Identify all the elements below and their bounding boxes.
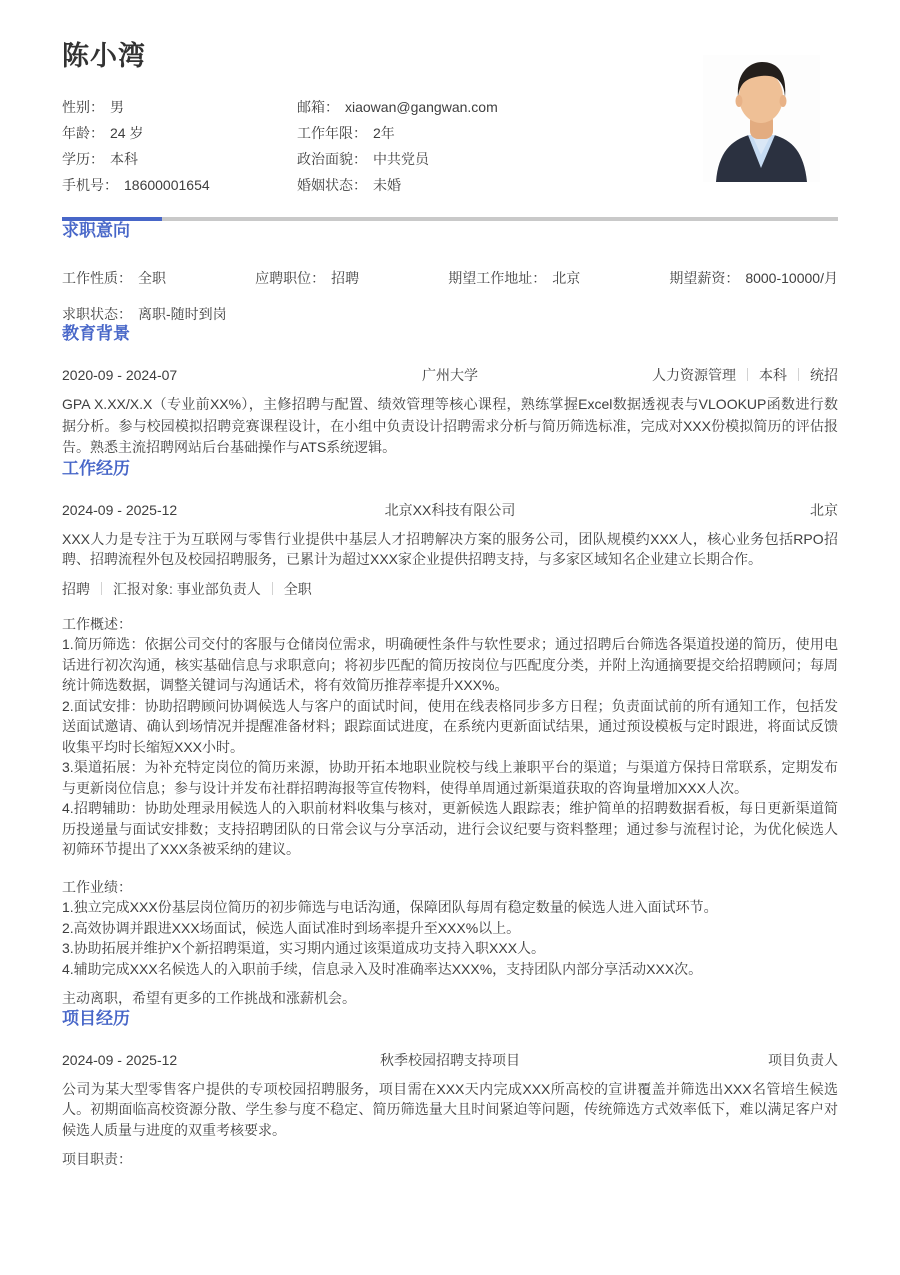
work-achievement-item: 4.辅助完成XXX名候选人的入职前手续，信息录入及时准确率达XXX%，支持团队内… xyxy=(62,959,838,980)
section-job-intent: 求职意向 工作性质：全职 应聘职位：招聘 期望工作地址：北京 期望薪资：8000… xyxy=(62,221,838,324)
intent-work-type: 工作性质：全职 xyxy=(62,268,166,288)
field-label: 婚姻状态： xyxy=(297,177,367,193)
resume-page: 陈小湾 性别：男 邮箱：xiaowan@gangwan.com 年龄：24 岁 … xyxy=(0,0,900,1275)
field-label: 邮箱： xyxy=(297,99,339,115)
info-field-degree: 学历：本科 xyxy=(62,146,297,172)
field-value: 未婚 xyxy=(373,177,401,193)
section-title-job-intent: 求职意向 xyxy=(62,221,838,241)
vertical-separator xyxy=(798,368,799,381)
field-label: 手机号： xyxy=(62,177,118,193)
resume-header: 陈小湾 性别：男 邮箱：xiaowan@gangwan.com 年龄：24 岁 … xyxy=(62,40,838,198)
education-degree: 本科 xyxy=(759,367,787,383)
work-report-to: 汇报对象: 事业部负责人 xyxy=(113,579,261,599)
field-label: 工作年限： xyxy=(297,125,367,141)
info-field-email: 邮箱：xiaowan@gangwan.com xyxy=(297,94,622,120)
basic-info-grid: 性别：男 邮箱：xiaowan@gangwan.com 年龄：24 岁 工作年限… xyxy=(62,94,622,198)
education-major: 人力资源管理 xyxy=(652,367,736,383)
project-period: 2024-09 - 2025-12 xyxy=(62,1050,380,1070)
education-enroll-type: 统招 xyxy=(810,367,838,383)
intent-target-location: 期望工作地址：北京 xyxy=(448,268,580,288)
intent-expected-salary: 期望薪资：8000-10000/月 xyxy=(669,268,838,288)
field-value: 18600001654 xyxy=(124,177,210,193)
info-field-phone: 手机号：18600001654 xyxy=(62,172,297,198)
field-label: 性别： xyxy=(62,99,104,115)
section-project-experience: 项目经历 2024-09 - 2025-12 秋季校园招聘支持项目 项目负责人 … xyxy=(62,1009,838,1170)
field-label: 应聘职位： xyxy=(255,270,325,286)
field-label: 工作性质： xyxy=(62,270,132,286)
project-responsibilities-title: 项目职责： xyxy=(62,1149,838,1170)
field-value: 中共党员 xyxy=(373,151,429,167)
education-description: GPA X.XX/X.X（专业前XX%），主修招聘与配置、绩效管理等核心课程，熟… xyxy=(62,394,838,459)
divider-accent-bar xyxy=(62,217,162,221)
info-field-experience-years: 工作年限：2年 xyxy=(297,120,622,146)
work-overview-item: 1.简历筛选：依据公司交付的客服与仓储岗位需求，明确硬性条件与软性要求；通过招聘… xyxy=(62,634,838,696)
work-position: 招聘 xyxy=(62,579,90,599)
job-intent-row: 工作性质：全职 应聘职位：招聘 期望工作地址：北京 期望薪资：8000-1000… xyxy=(62,268,838,288)
field-label: 年龄： xyxy=(62,125,104,141)
project-name: 秋季校园招聘支持项目 xyxy=(380,1050,520,1070)
education-school: 广州大学 xyxy=(422,365,478,385)
work-overview-item: 4.招聘辅助：协助处理录用候选人的入职前材料收集与核对，更新候选人跟踪表；维护简… xyxy=(62,798,838,860)
field-label: 期望工作地址： xyxy=(448,270,546,286)
section-title-education: 教育背景 xyxy=(62,324,838,344)
work-achievement-item: 1.独立完成XXX份基层岗位简历的初步筛选与电话沟通，保障团队每周有稳定数量的候… xyxy=(62,897,838,918)
work-overview-title: 工作概述： xyxy=(62,614,838,635)
field-label: 学历： xyxy=(62,151,104,167)
work-job-type: 全职 xyxy=(284,579,312,599)
leave-reason: 主动离职，希望有更多的工作挑战和涨薪机会。 xyxy=(62,988,838,1009)
info-field-age: 年龄：24 岁 xyxy=(62,120,297,146)
field-value: 全职 xyxy=(138,270,166,286)
education-summary-row: 2020-09 - 2024-07 广州大学 人力资源管理本科统招 xyxy=(62,365,838,385)
education-period: 2020-09 - 2024-07 xyxy=(62,365,422,385)
education-meta: 人力资源管理本科统招 xyxy=(478,365,838,385)
field-value: 男 xyxy=(110,99,124,115)
section-education: 教育背景 2020-09 - 2024-07 广州大学 人力资源管理本科统招 G… xyxy=(62,324,838,459)
intent-target-position: 应聘职位：招聘 xyxy=(255,268,359,288)
info-field-gender: 性别：男 xyxy=(62,94,297,120)
header-divider xyxy=(62,217,838,221)
info-field-political-status: 政治面貌：中共党员 xyxy=(297,146,622,172)
field-value: 招聘 xyxy=(331,270,359,286)
field-value: 离职-随时到岗 xyxy=(138,306,227,322)
work-achievement-item: 3.协助拓展并维护X个新招聘渠道，实习期内通过该渠道成功支持入职XXX人。 xyxy=(62,938,838,959)
field-value: 本科 xyxy=(110,151,138,167)
field-value: xiaowan@gangwan.com xyxy=(345,99,498,115)
profile-photo xyxy=(703,55,820,182)
job-intent-status-row: 求职状态：离职-随时到岗 xyxy=(62,304,838,324)
field-value: 2年 xyxy=(373,125,395,141)
work-achievements-title: 工作业绩： xyxy=(62,877,838,898)
field-label: 政治面貌： xyxy=(297,151,367,167)
work-period: 2024-09 - 2025-12 xyxy=(62,500,385,520)
project-summary-row: 2024-09 - 2025-12 秋季校园招聘支持项目 项目负责人 xyxy=(62,1050,838,1070)
work-overview: 工作概述： 1.简历筛选：依据公司交付的客服与仓储岗位需求，明确硬性条件与软性要… xyxy=(62,614,838,860)
work-overview-item: 3.渠道拓展：为补充特定岗位的简历来源，协助开拓本地职业院校与线上兼职平台的渠道… xyxy=(62,757,838,798)
work-summary-row: 2024-09 - 2025-12 北京XX科技有限公司 北京 xyxy=(62,500,838,520)
company-intro: XXX人力是专注于为互联网与零售行业提供中基层人才招聘解决方案的服务公司，团队规… xyxy=(62,529,838,570)
field-value: 北京 xyxy=(552,270,580,286)
project-description: 公司为某大型零售客户提供的专项校园招聘服务，项目需在XXX天内完成XXX所高校的… xyxy=(62,1079,838,1141)
field-value: 24 岁 xyxy=(110,125,143,141)
field-label: 求职状态： xyxy=(62,306,132,322)
work-position-row: 招聘汇报对象: 事业部负责人全职 xyxy=(62,579,838,599)
section-title-work: 工作经历 xyxy=(62,459,838,479)
section-title-project: 项目经历 xyxy=(62,1009,838,1029)
portrait-illustration xyxy=(703,55,820,182)
project-role: 项目负责人 xyxy=(520,1050,838,1070)
work-overview-item: 2.面试安排：协助招聘顾问协调候选人与客户的面试时间，使用在线表格同步多方日程；… xyxy=(62,696,838,758)
vertical-separator xyxy=(272,582,273,595)
section-work-experience: 工作经历 2024-09 - 2025-12 北京XX科技有限公司 北京 XXX… xyxy=(62,459,838,1009)
work-achievements: 工作业绩： 1.独立完成XXX份基层岗位简历的初步筛选与电话沟通，保障团队每周有… xyxy=(62,877,838,980)
work-company: 北京XX科技有限公司 xyxy=(385,500,516,520)
vertical-separator xyxy=(101,582,102,595)
vertical-separator xyxy=(747,368,748,381)
info-field-marital-status: 婚姻状态：未婚 xyxy=(297,172,622,198)
field-label: 期望薪资： xyxy=(669,270,739,286)
field-value: 8000-10000/月 xyxy=(745,270,838,286)
work-location: 北京 xyxy=(515,500,838,520)
work-achievement-item: 2.高效协调并跟进XXX场面试，候选人面试准时到场率提升至XXX%以上。 xyxy=(62,918,838,939)
